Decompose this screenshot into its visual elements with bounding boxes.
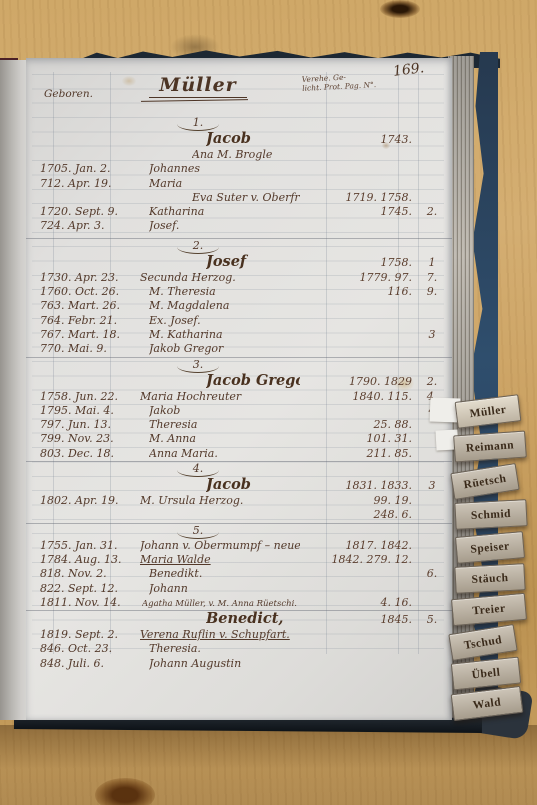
year-references: 1743.	[300, 132, 412, 148]
birth-date: 1755. Jan. 31.	[26, 539, 136, 553]
register-row: 803. Dec. 18. Anna Maria. 211. 85.	[26, 447, 452, 461]
section-number: 5.	[108, 524, 288, 539]
bookmark-tab: Stäuch	[454, 563, 525, 594]
person-name: Agatha Müller, v. M. Anna Rüetschi.	[142, 597, 300, 611]
year-references: 1831. 1833.	[300, 478, 412, 494]
bookmark-tab: Speiser	[455, 531, 525, 564]
register-row: Josef 1758. 1	[26, 254, 452, 271]
person-name: Jakob	[149, 404, 300, 418]
register-row: 1720. Sept. 9. Katharina 1745. 2.	[26, 205, 452, 219]
year-references: 211. 85.	[300, 447, 412, 461]
register-row: 770. Mai. 9. Jakob Gregor	[26, 342, 452, 356]
register-row: Jacob 1743.	[26, 131, 452, 148]
birth-date: 1819. Sept. 2.	[26, 628, 136, 642]
birth-date: 803. Dec. 18.	[26, 447, 136, 461]
register-row: 724. Apr. 3. Josef.	[26, 219, 452, 233]
person-name: Josef	[206, 254, 300, 270]
bookmark-tab: Schmid	[454, 499, 527, 530]
wood-knot	[380, 0, 420, 18]
family-section: 2. Josef 1758. 1 1730. Apr. 23. Secunda …	[26, 238, 452, 357]
person-name: M. Ursula Herzog.	[140, 494, 300, 508]
birth-date: 848. Juli. 6.	[26, 657, 136, 671]
bookmark-tab-label: Übell	[471, 666, 501, 681]
register-row: 1760. Oct. 26. M. Theresia 116. 9.	[26, 285, 452, 299]
person-name: Verena Ruflin v. Schupfart.	[140, 628, 300, 642]
year-references: 1790. 1829	[300, 374, 412, 390]
register-row: 1811. Nov. 14. Agatha Müller, v. M. Anna…	[26, 596, 452, 610]
protocol-page-ref: 6.	[412, 567, 452, 581]
protocol-page-ref: 9.	[412, 285, 452, 299]
person-name: Josef.	[149, 219, 300, 233]
bookmark-tab-label: Tschud	[463, 634, 503, 652]
person-name: M. Theresia	[149, 285, 300, 299]
register-row: 797. Jun. 13. Theresia 25. 88.	[26, 418, 452, 432]
page-header: Geboren. Müller 169. Verehe. Ge- licht. …	[26, 58, 452, 116]
family-section: 3. Jacob Gregor 1790. 1829 2. 1758. Jun.…	[26, 357, 452, 461]
register-row: 767. Mart. 18. M. Katharina 3	[26, 328, 452, 342]
protocol-page-ref: 1	[412, 255, 452, 271]
register-row: 1795. Mai. 4. Jakob 4	[26, 404, 452, 418]
year-references: 1845.	[300, 612, 412, 628]
family-section: Benedict, 1845. 5. 1819. Sept. 2. Verena…	[26, 610, 452, 671]
bookmark-tab-label: Müller	[469, 403, 507, 419]
register-row: 822. Sept. 12. Johann	[26, 582, 452, 596]
register-row: 1819. Sept. 2. Verena Ruflin v. Schupfar…	[26, 628, 452, 642]
year-references: 99. 19.	[300, 494, 412, 508]
person-name: M. Magdalena	[149, 299, 300, 313]
register-row: 1705. Jan. 2. Johannes	[26, 162, 452, 176]
birth-date: 846. Oct. 23.	[26, 642, 136, 656]
section-number: 3.	[108, 358, 288, 373]
person-name: Jacob Gregor	[206, 373, 300, 389]
section-number-label: 3.	[177, 358, 220, 373]
family-name-text: Müller	[149, 74, 246, 98]
protocol-page-ref: 3	[412, 478, 452, 494]
photo-of-register-book: Geboren. Müller 169. Verehe. Ge- licht. …	[0, 0, 537, 805]
person-name: Maria Hochreuter	[140, 390, 300, 404]
family-section: 4. Jacob 1831. 1833. 3 1802. Apr. 19. M.…	[26, 461, 452, 523]
birth-date: 1784. Aug. 13.	[26, 553, 136, 567]
person-name: Johann	[149, 582, 300, 596]
family-section: 5. 1755. Jan. 31. Johann v. Obermumpf – …	[26, 523, 452, 610]
register-row: Jacob Gregor 1790. 1829 2.	[26, 373, 452, 390]
section-number-label: 1.	[177, 116, 220, 131]
section-number: 4.	[108, 462, 288, 477]
protocol-page-ref: 5.	[412, 612, 452, 628]
section-number-label: 4.	[177, 462, 220, 477]
birth-date: 818. Nov. 2.	[26, 567, 136, 581]
register-row: 1730. Apr. 23. Secunda Herzog. 1779. 97.…	[26, 271, 452, 285]
register-row: 764. Febr. 21. Ex. Josef.	[26, 314, 452, 328]
year-references: 248. 6.	[300, 508, 412, 522]
born-column-label: Geboren.	[44, 88, 93, 100]
protocol-page-ref: 7.	[412, 271, 452, 285]
year-references: 1842. 279. 12.	[300, 553, 412, 567]
bookmark-tab-label: Wald	[472, 696, 501, 711]
year-references: 4. 16.	[300, 596, 412, 610]
year-references: 25. 88.	[300, 418, 412, 432]
bookmark-tab-label: Schmid	[471, 507, 512, 521]
register-row: Eva Suter v. Oberfrick 1719. 1758.	[26, 191, 452, 205]
section-number: 1.	[108, 116, 288, 131]
register-row: 1758. Jun. 22. Maria Hochreuter 1840. 11…	[26, 390, 452, 404]
protocol-page-ref: 3	[412, 328, 452, 342]
protocol-page-ref: 2.	[412, 374, 452, 390]
register-row: 848. Juli. 6. Johann Augustin	[26, 657, 452, 671]
person-name: Johann Augustin	[149, 657, 300, 671]
birth-date: 799. Nov. 23.	[26, 432, 136, 446]
register-row: 712. Apr. 19. Maria	[26, 177, 452, 191]
right-column-header-line2: licht. Prot. Pag. N°.	[302, 81, 376, 93]
register-row: Ana M. Brogle	[26, 148, 452, 162]
person-name: Benedict,	[206, 611, 300, 627]
register-row: 248. 6.	[26, 508, 452, 522]
birth-date: 724. Apr. 3.	[26, 219, 136, 233]
person-name: Theresia.	[149, 642, 300, 656]
bookmark-tab-label: Speiser	[470, 540, 510, 555]
section-number-label: 2.	[177, 239, 220, 254]
section-number-label: 5.	[177, 524, 220, 539]
person-name: M. Anna	[149, 432, 300, 446]
year-references: 101. 31.	[300, 432, 412, 446]
person-name: Ana M. Brogle	[192, 148, 300, 162]
person-name: Ex. Josef.	[149, 314, 300, 328]
person-name: Jacob	[206, 477, 300, 493]
person-name: Theresia	[149, 418, 300, 432]
bookmark-tab-label: Rüetsch	[463, 472, 507, 491]
register-row: 763. Mart. 26. M. Magdalena	[26, 299, 452, 313]
birth-date: 1811. Nov. 14.	[26, 596, 136, 610]
birth-date: 763. Mart. 26.	[26, 299, 136, 313]
right-column-header: Verehe. Ge- licht. Prot. Pag. N°.	[302, 72, 377, 93]
year-references: 1758.	[300, 255, 412, 271]
family-sections: 1. Jacob 1743. Ana M. Brogle 1705. Jan. …	[26, 116, 452, 671]
person-name: Eva Suter v. Oberfrick	[192, 191, 300, 205]
register-row: 1755. Jan. 31. Johann v. Obermumpf – neu…	[26, 539, 452, 553]
register-row: 1802. Apr. 19. M. Ursula Herzog. 99. 19.	[26, 494, 452, 508]
birth-date: 1758. Jun. 22.	[26, 390, 136, 404]
page-content: Geboren. Müller 169. Verehe. Ge- licht. …	[26, 58, 452, 671]
person-name: Katharina	[149, 205, 300, 219]
birth-date: 1730. Apr. 23.	[26, 271, 136, 285]
year-references: 1817. 1842.	[300, 539, 412, 553]
birth-date: 770. Mai. 9.	[26, 342, 136, 356]
person-name: Secunda Herzog.	[140, 271, 300, 285]
year-references: 116.	[300, 285, 412, 299]
register-row: Benedict, 1845. 5.	[26, 611, 452, 628]
register-row: 799. Nov. 23. M. Anna 101. 31.	[26, 432, 452, 446]
person-name: Jacob	[206, 131, 300, 147]
year-references: 1745.	[300, 205, 412, 219]
year-references: 1840. 115.	[300, 390, 412, 404]
birth-date: 1802. Apr. 19.	[26, 494, 136, 508]
table-shadow	[0, 725, 537, 805]
birth-date: 797. Jun. 13.	[26, 418, 136, 432]
birth-date: 767. Mart. 18.	[26, 328, 136, 342]
bookmark-tab-label: Stäuch	[471, 572, 508, 586]
register-row: 846. Oct. 23. Theresia.	[26, 642, 452, 656]
protocol-page-ref: 2.	[412, 205, 452, 219]
family-name-title: Müller	[118, 74, 278, 98]
register-row: 1784. Aug. 13. Maria Walde 1842. 279. 12…	[26, 553, 452, 567]
birth-date: 1795. Mai. 4.	[26, 404, 136, 418]
bookmark-tab-label: Treier	[472, 602, 506, 617]
person-name: Benedikt.	[149, 567, 300, 581]
bookmark-tab: Übell	[451, 657, 521, 691]
birth-date: 1760. Oct. 26.	[26, 285, 136, 299]
family-section: 1. Jacob 1743. Ana M. Brogle 1705. Jan. …	[26, 116, 452, 234]
person-name: Maria Walde	[140, 553, 300, 567]
bookmark-tab: Reimann	[453, 431, 527, 463]
person-name: Anna Maria.	[149, 447, 300, 461]
section-number: 2.	[108, 239, 288, 254]
person-name: Johann v. Obermumpf – neuer Bürger	[140, 539, 300, 553]
year-references: 1719. 1758.	[300, 191, 412, 205]
birth-date: 1720. Sept. 9.	[26, 205, 136, 219]
register-row: 818. Nov. 2. Benedikt. 6.	[26, 567, 452, 581]
bookmark-tab: Treier	[451, 593, 527, 626]
page-number: 169.	[392, 60, 425, 80]
birth-date: 1705. Jan. 2.	[26, 162, 136, 176]
register-row: Jacob 1831. 1833. 3	[26, 477, 452, 494]
birth-date: 764. Febr. 21.	[26, 314, 136, 328]
person-name: Maria	[149, 177, 300, 191]
person-name: Johannes	[149, 162, 300, 176]
person-name: M. Katharina	[149, 328, 300, 342]
person-name: Jakob Gregor	[149, 342, 300, 356]
bookmark-tab-label: Reimann	[466, 439, 515, 454]
birth-date: 712. Apr. 19.	[26, 177, 136, 191]
year-references: 1779. 97.	[300, 271, 412, 285]
birth-date: 822. Sept. 12.	[26, 582, 136, 596]
